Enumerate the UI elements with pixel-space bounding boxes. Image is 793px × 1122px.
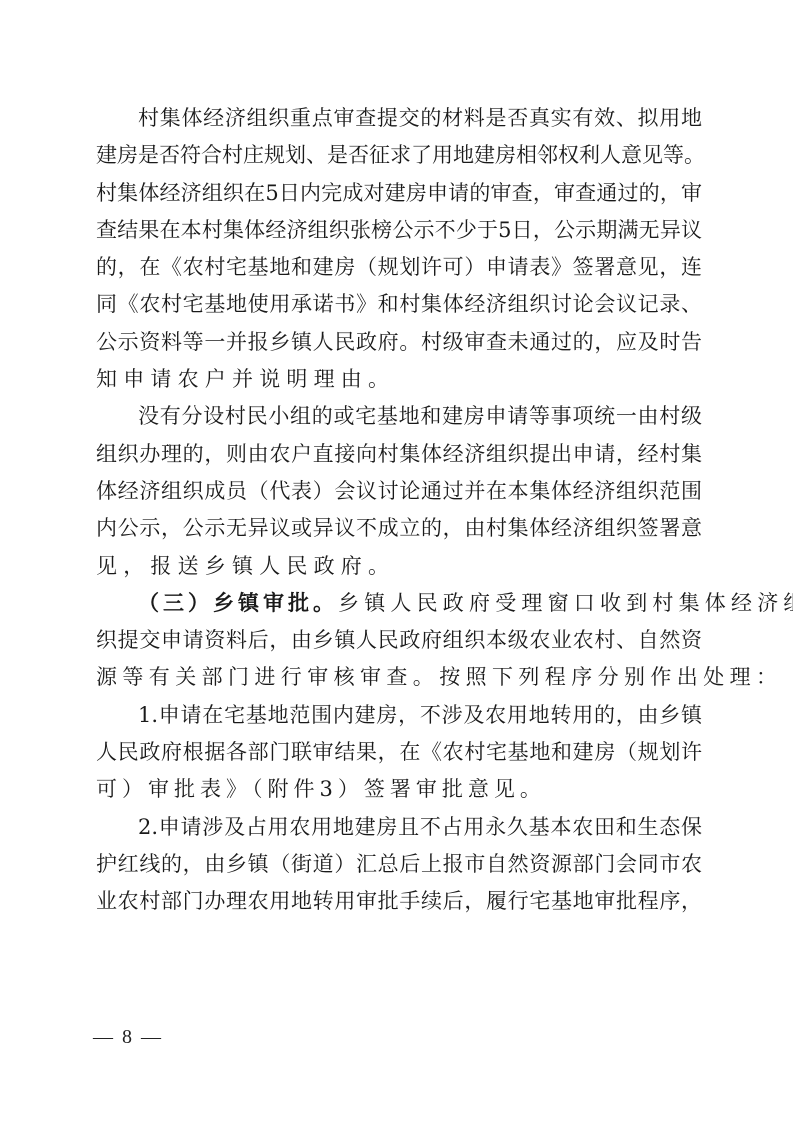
paragraph-no-village-group: 没有分设村民小组的或宅基地和建房申请等事项统一由村级 组织办理的，则由农户直接向… <box>96 398 702 584</box>
text-line: 护红线的，由乡镇（街道）汇总后上报市自然资源部门会同市农 <box>96 846 702 883</box>
text-line: 体经济组织成员（代表）会议讨论通过并在本集体经济组织范围 <box>96 473 702 510</box>
text-line: 1.申请在宅基地范围内建房，不涉及农用地转用的，由乡镇 <box>96 697 702 734</box>
text-line: 业农村部门办理农用地转用审批手续后，履行宅基地审批程序， <box>96 883 702 920</box>
paragraph-township-approval: （三）乡镇审批。 乡镇人民政府受理窗口收到村集体经济组 织提交申请资料后，由乡镇… <box>96 585 702 697</box>
list-item-1: 1.申请在宅基地范围内建房，不涉及农用地转用的，由乡镇 人民政府根据各部门联审结… <box>96 697 702 809</box>
text-line: 知申请农户并说明理由。 <box>96 361 702 398</box>
section-heading: （三）乡镇审批。 <box>138 585 338 622</box>
text-line: 村集体经济组织在5日内完成对建房申请的审查，审查通过的，审 <box>96 175 702 212</box>
text-line: 见，报送乡镇人民政府。 <box>96 548 702 585</box>
text-line: 组织办理的，则由农户直接向村集体经济组织提出申请，经村集 <box>96 436 702 473</box>
heading-continuation: 乡镇人民政府受理窗口收到村集体经济组 <box>338 585 793 622</box>
text-line: 村集体经济组织重点审查提交的材料是否真实有效、拟用地 <box>96 100 702 137</box>
text-line: 同《农村宅基地使用承诺书》和村集体经济组织讨论会议记录、 <box>96 286 702 323</box>
text-line: 织提交申请资料后，由乡镇人民政府组织本级农业农村、自然资 <box>96 622 702 659</box>
text-line: （三）乡镇审批。 乡镇人民政府受理窗口收到村集体经济组 <box>96 585 702 622</box>
text-line: 2.申请涉及占用农用地建房且不占用永久基本农田和生态保 <box>96 809 702 846</box>
text-line: 查结果在本村集体经济组织张榜公示不少于5日，公示期满无异议 <box>96 212 702 249</box>
list-item-2: 2.申请涉及占用农用地建房且不占用永久基本农田和生态保 护红线的，由乡镇（街道）… <box>96 809 702 921</box>
text-line: 可）审批表》（附件3）签署审批意见。 <box>96 771 702 808</box>
text-line: 公示资料等一并报乡镇人民政府。村级审查未通过的，应及时告 <box>96 324 702 361</box>
text-line: 内公示，公示无异议或异议不成立的，由村集体经济组织签署意 <box>96 510 702 547</box>
text-line: 没有分设村民小组的或宅基地和建房申请等事项统一由村级 <box>96 398 702 435</box>
document-page: 村集体经济组织重点审查提交的材料是否真实有效、拟用地 建房是否符合村庄规划、是否… <box>96 100 702 921</box>
paragraph-village-review: 村集体经济组织重点审查提交的材料是否真实有效、拟用地 建房是否符合村庄规划、是否… <box>96 100 702 398</box>
text-line: 建房是否符合村庄规划、是否征求了用地建房相邻权利人意见等。 <box>96 137 702 174</box>
page-number: — 8 — <box>93 1026 163 1049</box>
text-line: 的，在《农村宅基地和建房（规划许可）申请表》签署意见，连 <box>96 249 702 286</box>
text-line: 源等有关部门进行审核审查。按照下列程序分别作出处理： <box>96 659 702 696</box>
text-line: 人民政府根据各部门联审结果，在《农村宅基地和建房（规划许 <box>96 734 702 771</box>
